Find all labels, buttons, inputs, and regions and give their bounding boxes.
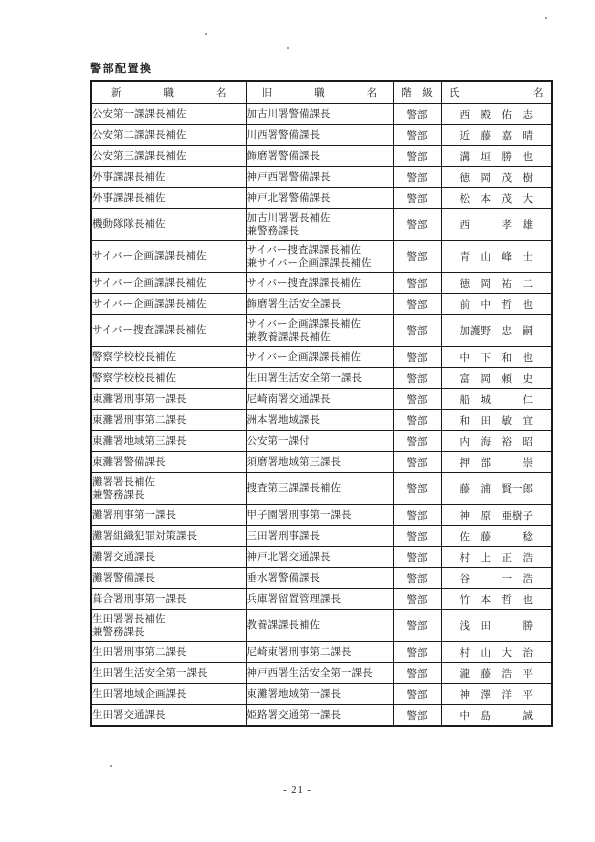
old-post-cell: サイバー捜査課課長補佐兼サイバー企画課課長補佐 — [246, 241, 393, 273]
old-post-cell: 加古川署警備課長 — [246, 104, 393, 125]
rank-cell: 警部 — [393, 431, 441, 452]
new-post-cell: 公安第三課課長補佐 — [91, 146, 246, 167]
table-row: 灘署署長補佐兼警務課長捜査第三課課長補佐警部藤 浦 賢一郎 — [91, 473, 552, 505]
assignment-table: 新 職 名 旧 職 名 階 級 氏 名 公安第一課課長補佐加古川署警備課長警部西… — [90, 80, 553, 727]
name-cell: 内 海 裕 昭 — [441, 431, 552, 452]
table-row: 公安第一課課長補佐加古川署警備課長警部西 殿 佑 志 — [91, 104, 552, 125]
new-post-cell: 生田署生活安全第一課長 — [91, 663, 246, 684]
new-post-cell: 公安第二課課長補佐 — [91, 125, 246, 146]
old-post-cell: サイバー企画課課長補佐兼教養課課長補佐 — [246, 315, 393, 347]
rank-cell: 警部 — [393, 568, 441, 589]
old-post-cell: 神戸北署交通課長 — [246, 547, 393, 568]
new-post-cell: 灘署刑事第一課長 — [91, 505, 246, 526]
header-new-post: 新 職 名 — [91, 81, 246, 104]
rank-cell: 警部 — [393, 473, 441, 505]
name-cell: 和 田 敏 宜 — [441, 410, 552, 431]
table-row: 外事課課長補佐神戸北署警備課長警部松 本 茂 大 — [91, 188, 552, 209]
old-post-cell: 東灘署地域第一課長 — [246, 684, 393, 705]
table-row: 東灘署警備課長須磨署地域第三課長警部押 部 崇 — [91, 452, 552, 473]
table-row: サイバー企画課課長補佐サイバー捜査課課長補佐警部徳 岡 祐 二 — [91, 273, 552, 294]
table-row: 生田署生活安全第一課長神戸西署生活安全第一課長警部瀧 藤 浩 平 — [91, 663, 552, 684]
rank-cell: 警部 — [393, 547, 441, 568]
table-row: 警察学校校長補佐生田署生活安全第一課長警部富 岡 頼 史 — [91, 368, 552, 389]
scan-speck — [110, 765, 112, 767]
old-post-cell: サイバー企画課課長補佐 — [246, 347, 393, 368]
rank-cell: 警部 — [393, 368, 441, 389]
table-row: 葺合署刑事第一課長兵庫署留置管理課長警部竹 本 哲 也 — [91, 589, 552, 610]
table-row: 灘署警備課長垂水署警備課長警部谷 一 浩 — [91, 568, 552, 589]
name-cell: 村 上 正 浩 — [441, 547, 552, 568]
name-cell: 加護野 忠 嗣 — [441, 315, 552, 347]
old-post-cell: 加古川署署長補佐兼警務課長 — [246, 209, 393, 241]
name-cell: 浅 田 勝 — [441, 610, 552, 642]
new-post-cell: サイバー企画課課長補佐 — [91, 241, 246, 273]
name-cell: 中 下 和 也 — [441, 347, 552, 368]
rank-cell: 警部 — [393, 663, 441, 684]
table-row: サイバー企画課課長補佐サイバー捜査課課長補佐兼サイバー企画課課長補佐警部青 山 … — [91, 241, 552, 273]
name-cell: 溝 垣 勝 也 — [441, 146, 552, 167]
old-post-cell: 公安第一課付 — [246, 431, 393, 452]
old-post-cell: 須磨署地域第三課長 — [246, 452, 393, 473]
rank-cell: 警部 — [393, 188, 441, 209]
rank-cell: 警部 — [393, 241, 441, 273]
name-cell: 前 中 哲 也 — [441, 294, 552, 315]
rank-cell: 警部 — [393, 273, 441, 294]
table-row: 灘署交通課長神戸北署交通課長警部村 上 正 浩 — [91, 547, 552, 568]
name-cell: 徳 岡 祐 二 — [441, 273, 552, 294]
name-cell: 中 島 誠 — [441, 705, 552, 727]
scan-speck — [287, 47, 289, 49]
scan-speck — [545, 17, 547, 19]
header-row: 新 職 名 旧 職 名 階 級 氏 名 — [91, 81, 552, 104]
rank-cell: 警部 — [393, 294, 441, 315]
rank-cell: 警部 — [393, 642, 441, 663]
name-cell: 谷 一 浩 — [441, 568, 552, 589]
new-post-cell: 灘署署長補佐兼警務課長 — [91, 473, 246, 505]
rank-cell: 警部 — [393, 452, 441, 473]
old-post-cell: 甲子園署刑事第一課長 — [246, 505, 393, 526]
old-post-cell: 尼崎東署刑事第二課長 — [246, 642, 393, 663]
new-post-cell: 生田署地域企画課長 — [91, 684, 246, 705]
new-post-cell: 東灘署警備課長 — [91, 452, 246, 473]
new-post-cell: サイバー捜査課課長補佐 — [91, 315, 246, 347]
table-row: 生田署署長補佐兼警務課長教養課課長補佐警部浅 田 勝 — [91, 610, 552, 642]
old-post-cell: サイバー捜査課課長補佐 — [246, 273, 393, 294]
rank-cell: 警部 — [393, 610, 441, 642]
rank-cell: 警部 — [393, 526, 441, 547]
rank-cell: 警部 — [393, 389, 441, 410]
new-post-cell: 葺合署刑事第一課長 — [91, 589, 246, 610]
rank-cell: 警部 — [393, 505, 441, 526]
name-cell: 押 部 崇 — [441, 452, 552, 473]
rank-cell: 警部 — [393, 589, 441, 610]
old-post-cell: 捜査第三課課長補佐 — [246, 473, 393, 505]
new-post-cell: 東灘署地域第三課長 — [91, 431, 246, 452]
rank-cell: 警部 — [393, 315, 441, 347]
name-cell: 西 殿 佑 志 — [441, 104, 552, 125]
rank-cell: 警部 — [393, 146, 441, 167]
name-cell: 青 山 峰 士 — [441, 241, 552, 273]
table-row: 生田署刑事第二課長尼崎東署刑事第二課長警部村 山 大 治 — [91, 642, 552, 663]
table-row: 東灘署刑事第二課長洲本署地域課長警部和 田 敏 宜 — [91, 410, 552, 431]
scan-speck — [205, 33, 207, 35]
rank-cell: 警部 — [393, 705, 441, 727]
old-post-cell: 三田署刑事課長 — [246, 526, 393, 547]
header-name: 氏 名 — [441, 81, 552, 104]
name-cell: 竹 本 哲 也 — [441, 589, 552, 610]
old-post-cell: 川西署警備課長 — [246, 125, 393, 146]
rank-cell: 警部 — [393, 104, 441, 125]
new-post-cell: 灘署警備課長 — [91, 568, 246, 589]
name-cell: 佐 藤 稔 — [441, 526, 552, 547]
assignment-table-body: 公安第一課課長補佐加古川署警備課長警部西 殿 佑 志公安第二課課長補佐川西署警備… — [91, 104, 552, 727]
old-post-cell: 垂水署警備課長 — [246, 568, 393, 589]
rank-cell: 警部 — [393, 209, 441, 241]
old-post-cell: 洲本署地域課長 — [246, 410, 393, 431]
table-row: 外事課課長補佐神戸西署警備課長警部徳 岡 茂 樹 — [91, 167, 552, 188]
table-header: 新 職 名 旧 職 名 階 級 氏 名 — [91, 81, 552, 104]
rank-cell: 警部 — [393, 684, 441, 705]
name-cell: 神 原 亜樹子 — [441, 505, 552, 526]
old-post-cell: 飾磨署生活安全課長 — [246, 294, 393, 315]
old-post-cell: 姫路署交通第一課長 — [246, 705, 393, 727]
name-cell: 藤 浦 賢一郎 — [441, 473, 552, 505]
name-cell: 近 藤 嘉 晴 — [441, 125, 552, 146]
table-row: 機動隊隊長補佐加古川署署長補佐兼警務課長警部西 孝 雄 — [91, 209, 552, 241]
new-post-cell: 生田署交通課長 — [91, 705, 246, 727]
table-row: 東灘署刑事第一課長尼崎南署交通課長警部船 城 仁 — [91, 389, 552, 410]
old-post-cell: 神戸西署警備課長 — [246, 167, 393, 188]
old-post-cell: 神戸北署警備課長 — [246, 188, 393, 209]
old-post-cell: 兵庫署留置管理課長 — [246, 589, 393, 610]
rank-cell: 警部 — [393, 167, 441, 188]
name-cell: 神 澤 洋 平 — [441, 684, 552, 705]
new-post-cell: 東灘署刑事第二課長 — [91, 410, 246, 431]
name-cell: 船 城 仁 — [441, 389, 552, 410]
new-post-cell: 公安第一課課長補佐 — [91, 104, 246, 125]
name-cell: 西 孝 雄 — [441, 209, 552, 241]
old-post-cell: 尼崎南署交通課長 — [246, 389, 393, 410]
table-row: 公安第三課課長補佐飾磨署警備課長警部溝 垣 勝 也 — [91, 146, 552, 167]
name-cell: 松 本 茂 大 — [441, 188, 552, 209]
new-post-cell: 警察学校校長補佐 — [91, 368, 246, 389]
table-row: 東灘署地域第三課長公安第一課付警部内 海 裕 昭 — [91, 431, 552, 452]
rank-cell: 警部 — [393, 410, 441, 431]
header-old-post: 旧 職 名 — [246, 81, 393, 104]
name-cell: 富 岡 頼 史 — [441, 368, 552, 389]
rank-cell: 警部 — [393, 347, 441, 368]
document-page: 警部配置換 新 職 名 旧 職 名 階 級 氏 名 公安第一課課長補佐加古川署警… — [0, 0, 595, 842]
new-post-cell: 東灘署刑事第一課長 — [91, 389, 246, 410]
old-post-cell: 神戸西署生活安全第一課長 — [246, 663, 393, 684]
new-post-cell: 灘署組織犯罪対策課長 — [91, 526, 246, 547]
new-post-cell: サイバー企画課課長補佐 — [91, 294, 246, 315]
table-row: 警察学校校長補佐サイバー企画課課長補佐警部中 下 和 也 — [91, 347, 552, 368]
new-post-cell: サイバー企画課課長補佐 — [91, 273, 246, 294]
new-post-cell: 外事課課長補佐 — [91, 188, 246, 209]
new-post-cell: 灘署交通課長 — [91, 547, 246, 568]
table-row: 生田署交通課長姫路署交通第一課長警部中 島 誠 — [91, 705, 552, 727]
new-post-cell: 生田署刑事第二課長 — [91, 642, 246, 663]
new-post-cell: 機動隊隊長補佐 — [91, 209, 246, 241]
header-rank: 階 級 — [393, 81, 441, 104]
table-row: 灘署刑事第一課長甲子園署刑事第一課長警部神 原 亜樹子 — [91, 505, 552, 526]
page-title: 警部配置換 — [90, 60, 153, 76]
new-post-cell: 外事課課長補佐 — [91, 167, 246, 188]
table-row: 灘署組織犯罪対策課長三田署刑事課長警部佐 藤 稔 — [91, 526, 552, 547]
table-row: サイバー企画課課長補佐飾磨署生活安全課長警部前 中 哲 也 — [91, 294, 552, 315]
table-row: サイバー捜査課課長補佐サイバー企画課課長補佐兼教養課課長補佐警部加護野 忠 嗣 — [91, 315, 552, 347]
name-cell: 村 山 大 治 — [441, 642, 552, 663]
new-post-cell: 生田署署長補佐兼警務課長 — [91, 610, 246, 642]
old-post-cell: 教養課課長補佐 — [246, 610, 393, 642]
rank-cell: 警部 — [393, 125, 441, 146]
new-post-cell: 警察学校校長補佐 — [91, 347, 246, 368]
old-post-cell: 生田署生活安全第一課長 — [246, 368, 393, 389]
old-post-cell: 飾磨署警備課長 — [246, 146, 393, 167]
name-cell: 瀧 藤 浩 平 — [441, 663, 552, 684]
page-number: - 21 - — [0, 785, 595, 796]
table-row: 公安第二課課長補佐川西署警備課長警部近 藤 嘉 晴 — [91, 125, 552, 146]
table-row: 生田署地域企画課長東灘署地域第一課長警部神 澤 洋 平 — [91, 684, 552, 705]
name-cell: 徳 岡 茂 樹 — [441, 167, 552, 188]
